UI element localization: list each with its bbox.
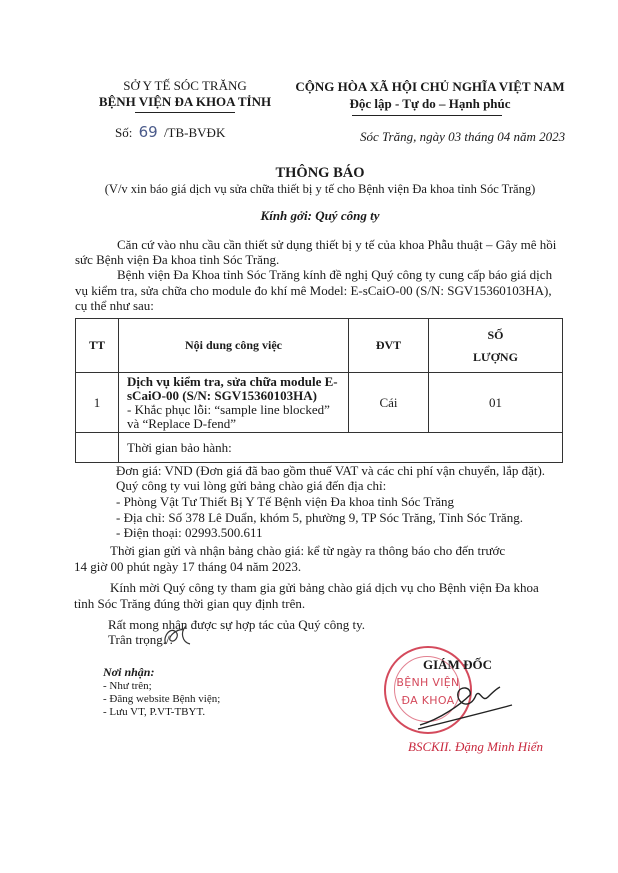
address-line: - Địa chỉ: Số 378 Lê Duẩn, khóm 5, phườn… bbox=[116, 510, 523, 526]
national-motto: Độc lập - Tự do – Hạnh phúc bbox=[270, 96, 590, 112]
signer-name: BSCKII. Đặng Minh Hiển bbox=[408, 739, 543, 755]
header-tt: TT bbox=[76, 319, 119, 373]
header-quantity: SỐ LƯỢNG bbox=[429, 319, 563, 373]
invite-line-1: Kính mời Quý công ty tham gia gửi bảng c… bbox=[110, 580, 539, 596]
place-and-date: Sóc Trăng, ngày 03 tháng 04 năm 2023 bbox=[360, 129, 565, 145]
initial-scribble-icon bbox=[160, 618, 200, 648]
warranty-empty-cell bbox=[76, 433, 119, 463]
row-detail: - Khắc phục lỗi: “sample line blocked” v… bbox=[119, 403, 348, 431]
table-warranty-row: Thời gian bảo hành: bbox=[76, 433, 563, 463]
doc-number-handwritten: 69 bbox=[139, 123, 158, 141]
row-quantity: 01 bbox=[429, 373, 563, 433]
notice-subject: (V/v xin báo giá dịch vụ sửa chữa thiết … bbox=[60, 182, 580, 197]
notice-heading: THÔNG BÁO bbox=[60, 165, 580, 182]
hope-line: Rất mong nhận được sự hợp tác của Quý cô… bbox=[108, 617, 365, 633]
document-number: Số: 69 /TB-BVĐK bbox=[115, 123, 225, 141]
unit-price-note: Đơn giá: VND (Đơn giá đã bao gồm thuế VA… bbox=[116, 463, 545, 479]
national-title: CỘNG HÒA XÃ HỘI CHỦ NGHĨA VIỆT NAM bbox=[270, 79, 590, 95]
table-row: 1 Dịch vụ kiểm tra, sửa chữa module E-sC… bbox=[76, 373, 563, 433]
service-table: TT Nội dung công việc ĐVT SỐ LƯỢNG 1 Dịc… bbox=[75, 318, 563, 463]
recipients-label: Nơi nhận: bbox=[103, 665, 154, 680]
salutation: Kính gởi: Quý công ty bbox=[60, 208, 580, 224]
header-unit: ĐVT bbox=[349, 319, 429, 373]
doc-number-suffix: /TB-BVĐK bbox=[164, 125, 225, 140]
invite-line-2: tỉnh Sóc Trăng đúng thời gian quy định t… bbox=[74, 596, 305, 612]
header-quantity-line-2: LƯỢNG bbox=[429, 346, 562, 368]
paragraph-2-line-1: Bệnh viện Đa Khoa tỉnh Sóc Trăng kính đề… bbox=[117, 267, 552, 283]
deadline-line-2: 14 giờ 00 phút ngày 17 tháng 04 năm 2023… bbox=[74, 559, 301, 575]
deadline-line-1: Thời gian gửi và nhận bảng chào giá: kể … bbox=[110, 543, 505, 559]
send-to-line: Quý công ty vui lòng gửi bảng chào giá đ… bbox=[116, 478, 386, 494]
paragraph-2-line-2: vụ kiểm tra, sửa chữa cho module đo khí … bbox=[75, 283, 552, 299]
row-tt: 1 bbox=[76, 373, 119, 433]
header-content: Nội dung công việc bbox=[119, 319, 349, 373]
department-line: - Phòng Vật Tư Thiết Bị Y Tế Bệnh viện Đ… bbox=[116, 494, 454, 510]
header-right-underline bbox=[352, 115, 502, 116]
doc-number-label: Số: bbox=[115, 125, 132, 140]
paragraph-1-line-1: Căn cứ vào nhu cầu cần thiết sử dụng thi… bbox=[117, 237, 556, 253]
recipient-item: - Như trên; bbox=[103, 680, 152, 692]
header-quantity-line-1: SỐ bbox=[429, 324, 562, 346]
row-content: Dịch vụ kiểm tra, sửa chữa module E-sCai… bbox=[119, 373, 349, 433]
handwritten-signature-icon bbox=[400, 675, 520, 735]
row-title: Dịch vụ kiểm tra, sửa chữa module E-sCai… bbox=[119, 375, 348, 403]
signer-title: GIÁM ĐỐC bbox=[423, 657, 492, 673]
row-unit: Cái bbox=[349, 373, 429, 433]
header-left-underline bbox=[135, 112, 235, 113]
recipient-item: - Đăng website Bệnh viện; bbox=[103, 693, 220, 705]
warranty-cell: Thời gian bảo hành: bbox=[119, 433, 563, 463]
table-header-row: TT Nội dung công việc ĐVT SỐ LƯỢNG bbox=[76, 319, 563, 373]
recipient-item: - Lưu VT, P.VT-TBYT. bbox=[103, 706, 205, 718]
phone-line: - Điện thoại: 02993.500.611 bbox=[116, 525, 262, 541]
paragraph-1-line-2: sức Bệnh viện Đa khoa tỉnh Sóc Trăng. bbox=[75, 252, 279, 268]
paragraph-2-line-3: cụ thể như sau: bbox=[75, 298, 154, 314]
